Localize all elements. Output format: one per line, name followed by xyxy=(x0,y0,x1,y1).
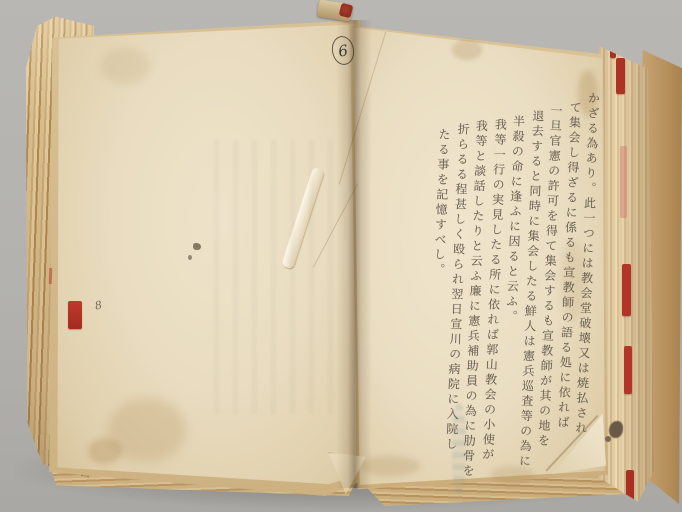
foxing-stain xyxy=(88,438,122,464)
page-number: 6 xyxy=(337,41,350,60)
text-column-9: たる事を記憶すべし。 xyxy=(433,128,451,278)
red-index-tab-tip xyxy=(610,48,616,58)
spine-headband xyxy=(314,0,360,30)
ink-bleed-through-faint xyxy=(214,140,340,414)
text-column-5: 半殺の命に逢ふに因ると云ふ。 xyxy=(505,115,525,325)
red-index-tab xyxy=(616,58,625,94)
red-index-tab xyxy=(624,346,632,394)
foxing-stain xyxy=(452,40,482,60)
handwritten-text-block: かざる為あり。此一つには教会堂破壊又は焼払され て集会し得ざるに係るも宣教師の語… xyxy=(399,79,600,486)
ink-smudge xyxy=(188,255,192,260)
foxing-stain xyxy=(100,48,150,84)
ink-smudge xyxy=(212,69,215,72)
red-index-tab-faint xyxy=(620,146,627,218)
red-index-tab xyxy=(622,264,631,316)
gutter-shadow xyxy=(336,20,372,488)
red-edge-mark xyxy=(49,268,53,284)
photo-open-notebook: 6 8 かざる為あり。此一つには教会堂破壊又は焼払され て集会し得ざるに係るも宣… xyxy=(0,0,682,512)
dark-stain xyxy=(605,436,611,442)
red-index-tab-left xyxy=(68,301,82,329)
ink-smudge xyxy=(193,243,201,250)
